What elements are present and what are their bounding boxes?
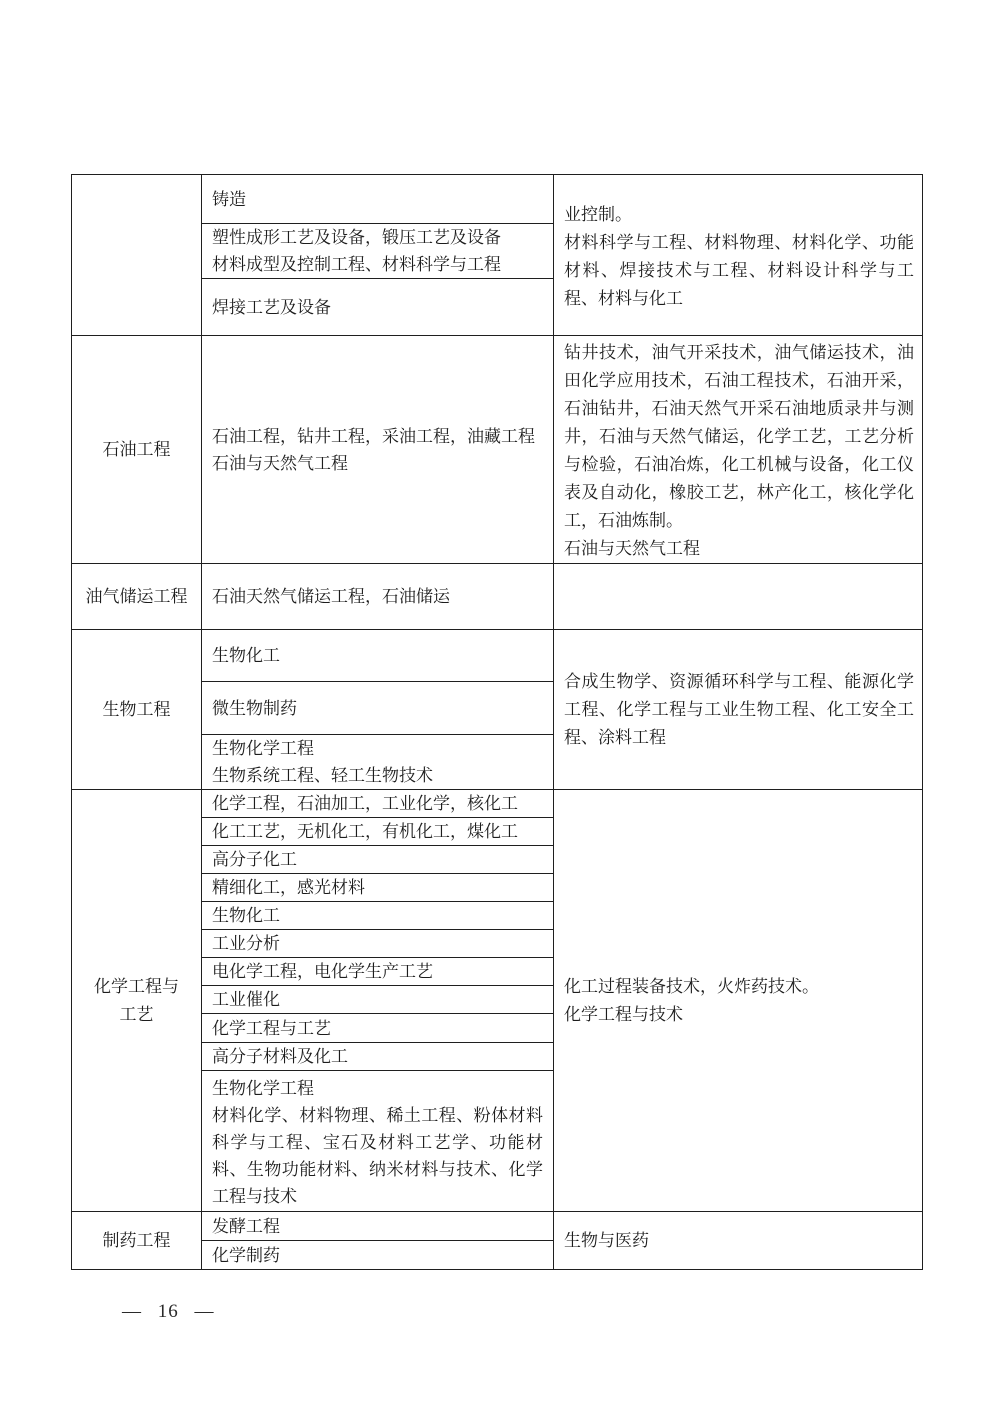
major-cell: 石油天然气储运工程，石油储运 xyxy=(202,564,554,630)
related-cell-chemical-engineering: 化工过程装备技术，火炸药技术。 化学工程与技术 xyxy=(554,790,923,1212)
major-cell: 铸造 xyxy=(202,175,554,224)
category-cell-petroleum-engineering: 石油工程 xyxy=(72,336,202,564)
related-cell-materials: 业控制。 材料科学与工程、材料物理、材料化学、功能材料、焊接技术与工程、材料设计… xyxy=(554,175,923,336)
related-cell-bioengineering: 合成生物学、资源循环科学与工程、能源化学工程、化学工程与工业生物工程、化工安全工… xyxy=(554,630,923,790)
category-cell-chemical-engineering: 化学工程与 工艺 xyxy=(72,790,202,1212)
major-cell: 生物化学工程 材料化学、材料物理、稀土工程、粉体材料科学与工程、宝石及材料工艺学… xyxy=(202,1071,554,1212)
table-row: 铸造 业控制。 材料科学与工程、材料物理、材料化学、功能材料、焊接技术与工程、材… xyxy=(72,175,923,224)
major-cell: 高分子化工 xyxy=(202,846,554,874)
table-row: 化学工程与 工艺 化学工程，石油加工，工业化学，核化工 化工过程装备技术，火炸药… xyxy=(72,790,923,818)
document-page: 铸造 业控制。 材料科学与工程、材料物理、材料化学、功能材料、焊接技术与工程、材… xyxy=(0,0,993,1404)
category-cell-pharmaceutical-engineering: 制药工程 xyxy=(72,1212,202,1270)
category-cell-bioengineering: 生物工程 xyxy=(72,630,202,790)
table-row: 生物工程 生物化工 合成生物学、资源循环科学与工程、能源化学工程、化学工程与工业… xyxy=(72,630,923,682)
major-cell: 工业催化 xyxy=(202,986,554,1014)
major-cell: 焊接工艺及设备 xyxy=(202,279,554,336)
major-cell: 石油工程，钻井工程，采油工程，油藏工程 石油与天然气工程 xyxy=(202,336,554,564)
major-cell: 生物化工 xyxy=(202,902,554,930)
related-cell-petroleum-engineering: 钻井技术，油气开采技术，油气储运技术，油田化学应用技术，石油工程技术，石油开采，… xyxy=(554,336,923,564)
major-cell: 发酵工程 xyxy=(202,1212,554,1241)
major-cell: 化学工程与工艺 xyxy=(202,1014,554,1043)
major-cell: 精细化工，感光材料 xyxy=(202,874,554,902)
table-row: 制药工程 发酵工程 生物与医药 xyxy=(72,1212,923,1241)
major-cell: 生物化工 xyxy=(202,630,554,682)
major-cell: 高分子材料及化工 xyxy=(202,1043,554,1071)
major-cell: 塑性成形工艺及设备，锻压工艺及设备 材料成型及控制工程、材料科学与工程 xyxy=(202,224,554,279)
category-cell-oil-gas-storage: 油气储运工程 xyxy=(72,564,202,630)
related-cell-pharmaceutical-engineering: 生物与医药 xyxy=(554,1212,923,1270)
major-cell: 化学制药 xyxy=(202,1241,554,1270)
related-cell-oil-gas-storage xyxy=(554,564,923,630)
major-cell: 电化学工程，电化学生产工艺 xyxy=(202,958,554,986)
major-cell: 化工工艺，无机化工，有机化工，煤化工 xyxy=(202,818,554,846)
table-row: 油气储运工程 石油天然气储运工程，石油储运 xyxy=(72,564,923,630)
major-cell: 生物化学工程 生物系统工程、轻工生物技术 xyxy=(202,735,554,790)
majors-table: 铸造 业控制。 材料科学与工程、材料物理、材料化学、功能材料、焊接技术与工程、材… xyxy=(71,174,923,1270)
category-cell-materials xyxy=(72,175,202,336)
major-cell: 工业分析 xyxy=(202,930,554,958)
page-number: — 16 — xyxy=(122,1301,215,1323)
table-row: 石油工程 石油工程，钻井工程，采油工程，油藏工程 石油与天然气工程 钻井技术，油… xyxy=(72,336,923,564)
major-cell: 化学工程，石油加工，工业化学，核化工 xyxy=(202,790,554,818)
major-cell: 微生物制药 xyxy=(202,682,554,735)
